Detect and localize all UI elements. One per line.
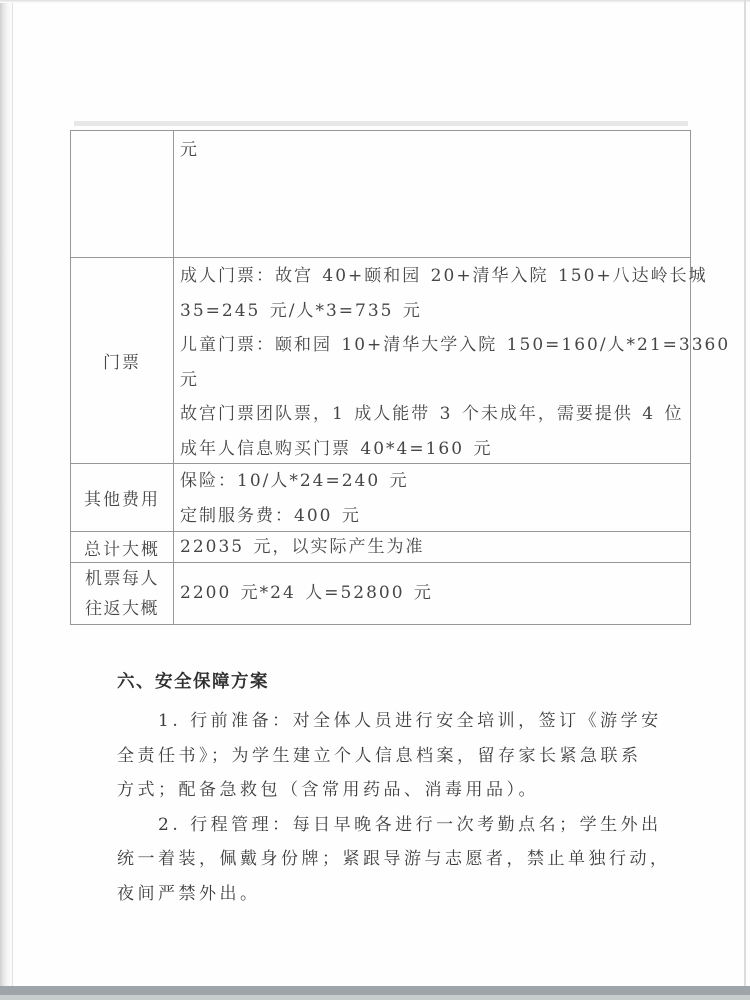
cell-line: 定制服务费：400 元 bbox=[180, 499, 682, 534]
paragraph-itinerary-management: 2. 行程管理：每日早晚各进行一次考勤点名；学生外出 统一着装，佩戴身份牌；紧跟… bbox=[117, 808, 657, 912]
row-label-line: 往返大概 bbox=[85, 594, 159, 624]
table-row-total: 总计大概 22035 元，以实际产生为准 bbox=[71, 531, 690, 562]
scan-edge-left-line bbox=[12, 0, 13, 1000]
scan-edge-top bbox=[0, 0, 750, 3]
document-page: 元 门票 成人门票：故宫 40+颐和园 20+清华入院 150+八达岭长城 35… bbox=[0, 0, 750, 1000]
row-value-cell: 成人门票：故宫 40+颐和园 20+清华入院 150+八达岭长城 35=245 … bbox=[174, 258, 738, 463]
scan-artifact-table-top bbox=[74, 121, 688, 126]
row-value-cell: 保险：10/人*24=240 元 定制服务费：400 元 bbox=[174, 464, 690, 531]
row-label-cell: 门票 bbox=[71, 258, 174, 463]
row-label-line: 机票每人 bbox=[85, 564, 159, 594]
paragraph-line: 全责任书》；为学生建立个人信息档案，留存家长紧急联系 bbox=[117, 739, 657, 774]
cell-line: 儿童门票：颐和园 10+清华大学入院 150=160/人*21=3360 bbox=[180, 328, 730, 363]
cell-line: 成年人信息购买门票 40*4=160 元 bbox=[180, 432, 730, 467]
table-row-flight: 机票每人 往返大概 2200 元*24 人=52800 元 bbox=[71, 562, 690, 624]
paragraph-line: 夜间严禁外出。 bbox=[117, 877, 657, 912]
scan-edge-left bbox=[0, 0, 16, 1000]
cell-line: 2200 元*24 人=52800 元 bbox=[180, 576, 433, 611]
safety-plan-section: 六、安全保障方案 1. 行前准备：对全体人员进行安全培训，签订《游学安 全责任书… bbox=[117, 671, 657, 912]
cell-line: 元 bbox=[180, 363, 730, 398]
paragraph-line: 方式；配备急救包（含常用药品、消毒用品）。 bbox=[117, 773, 657, 808]
row-value-cell: 元 bbox=[174, 131, 690, 257]
row-label: 其他费用 bbox=[84, 485, 160, 510]
row-label: 门票 bbox=[103, 348, 141, 373]
paragraph-line: 统一着装，佩戴身份牌；紧跟导游与志愿者，禁止单独行动， bbox=[117, 842, 657, 877]
scan-edge-bottom bbox=[0, 986, 750, 995]
row-label: 总计大概 bbox=[84, 535, 160, 560]
cell-line: 保险：10/人*24=240 元 bbox=[180, 464, 682, 499]
cell-line: 成人门票：故宫 40+颐和园 20+清华入院 150+八达岭长城 bbox=[180, 259, 730, 294]
paragraph-preparation: 1. 行前准备：对全体人员进行安全培训，签订《游学安 全责任书》；为学生建立个人… bbox=[117, 704, 657, 808]
row-label-cell: 总计大概 bbox=[71, 532, 174, 562]
row-label-cell: 其他费用 bbox=[71, 464, 174, 531]
cell-line: 故宫门票团队票，1 成人能带 3 个未成年，需要提供 4 位 bbox=[180, 397, 730, 432]
cell-line: 元 bbox=[180, 136, 682, 164]
table-row-tickets: 门票 成人门票：故宫 40+颐和园 20+清华入院 150+八达岭长城 35=2… bbox=[71, 257, 690, 463]
table-row-carryover: 元 bbox=[71, 131, 690, 257]
paragraph-line: 1. 行前准备：对全体人员进行安全培训，签订《游学安 bbox=[117, 704, 657, 739]
paragraph-line: 2. 行程管理：每日早晚各进行一次考勤点名；学生外出 bbox=[117, 808, 657, 843]
row-label-cell bbox=[71, 131, 174, 257]
row-value-cell: 22035 元，以实际产生为准 bbox=[174, 532, 690, 562]
cell-line: 35=245 元/人*3=735 元 bbox=[180, 294, 730, 329]
section-heading: 六、安全保障方案 bbox=[117, 671, 657, 693]
row-label-cell: 机票每人 往返大概 bbox=[71, 563, 174, 624]
row-value-cell: 2200 元*24 人=52800 元 bbox=[174, 563, 690, 624]
fee-table: 元 门票 成人门票：故宫 40+颐和园 20+清华入院 150+八达岭长城 35… bbox=[70, 130, 691, 625]
scan-edge-right bbox=[744, 0, 746, 1000]
table-row-other-fees: 其他费用 保险：10/人*24=240 元 定制服务费：400 元 bbox=[71, 463, 690, 531]
cell-line: 22035 元，以实际产生为准 bbox=[180, 532, 682, 563]
scan-edge-bottom-tail bbox=[0, 995, 750, 1000]
